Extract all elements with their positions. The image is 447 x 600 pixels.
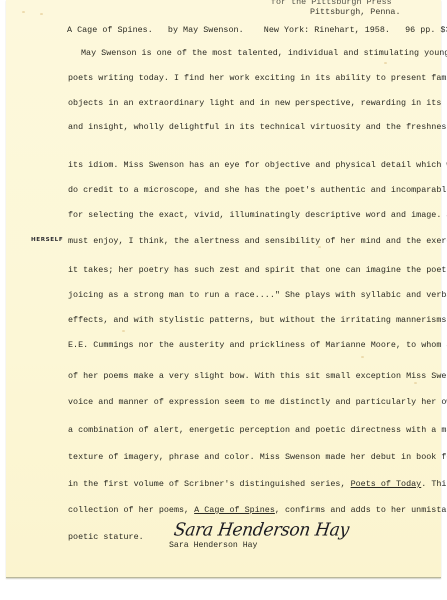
body-line-2: poets writing today. I find her work exc… [68, 73, 447, 83]
paper-stain [22, 11, 25, 13]
book-title-underlined: A Cage of Spines [194, 505, 275, 515]
body-line-19: poetic stature. [68, 532, 144, 542]
paper-stain [40, 13, 43, 15]
handwritten-signature: Sara Henderson Hay [173, 520, 351, 541]
citation-publisher: New York: Rinehart, 1958. [264, 25, 390, 35]
body-line-5: its idiom. Miss Swenson has an eye for o… [68, 160, 447, 170]
line-18-tail: , confirms and adds to her unmistakable [275, 505, 447, 515]
body-line-8: must enjoy, I think, the alertness and s… [68, 236, 447, 246]
body-line-14: voice and manner of expression seem to m… [68, 397, 447, 407]
body-line-12: E.E. Cummings nor the austerity and pric… [68, 340, 447, 350]
body-line-9: it takes; her poetry has such zest and s… [68, 265, 447, 275]
line-17-text: in the first volume of Scribner's distin… [68, 479, 351, 489]
body-line-6: do credit to a microscope, and she has t… [68, 185, 447, 195]
paper-stain [122, 330, 125, 332]
paper-stain [361, 356, 364, 358]
citation-author: by May Swenson. [168, 25, 244, 35]
body-line-13: of her poems make a very slight bow. Wit… [68, 371, 447, 381]
line-17-tail: . This second [421, 479, 447, 489]
paper-stain [384, 62, 387, 64]
body-line-17: in the first volume of Scribner's distin… [68, 479, 447, 489]
body-line-18: collection of her poems, A Cage of Spine… [68, 505, 447, 515]
typed-signature: Sara Henderson Hay [169, 541, 257, 550]
body-line-4: and insight, wholly delightful in its te… [68, 122, 447, 132]
series-title-underlined: Poets of Today [351, 479, 422, 489]
body-line-7: for selecting the exact, vivid, illumina… [68, 210, 447, 220]
body-line-11: effects, and with stylistic patterns, bu… [68, 315, 447, 325]
letterhead-line-1: for the Pittsburgh Press [271, 0, 392, 7]
body-line-3: objects in an extraordinary light and in… [68, 98, 447, 108]
citation-title: A Cage of Spines. [67, 25, 153, 35]
body-line-16: texture of imagery, phrase and color. Mi… [68, 452, 447, 462]
letterhead-line-2: Pittsburgh, Penna. [310, 7, 400, 17]
body-line-15: a combination of alert, energetic percep… [68, 425, 447, 435]
citation-pages: 96 pp. [405, 25, 435, 35]
line-18-text: collection of her poems, [68, 505, 194, 515]
citation-line: A Cage of Spines. by May Swenson. New Yo… [67, 25, 447, 35]
margin-note-herself: HERSELF [31, 237, 63, 243]
body-line-10: joicing as a strong man to run a race...… [68, 290, 447, 300]
paper-stain [318, 246, 321, 248]
paper-stain [414, 382, 417, 384]
citation-price: $3.75 [440, 25, 447, 35]
body-line-1: May Swenson is one of the most talented,… [81, 48, 447, 58]
typed-review-page: for the Pittsburgh Press Pittsburgh, Pen… [6, 0, 441, 578]
